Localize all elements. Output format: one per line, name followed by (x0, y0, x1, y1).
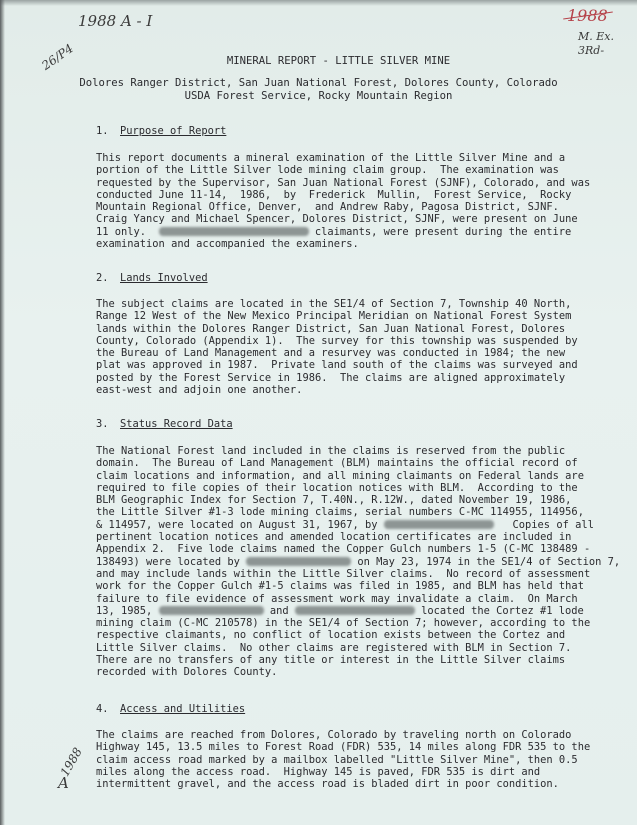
text-line: 11 only. claimants, were present during … (96, 226, 586, 238)
text-line: BLM Geographic Index for Section 7, T.40… (96, 494, 586, 506)
scan-edge-shadow-left (0, 0, 5, 825)
scan-edge-shadow-top (0, 0, 637, 6)
text-line: The National Forest land included in the… (96, 445, 586, 457)
text-line: claim access road marked by a mailbox la… (96, 754, 586, 766)
text-line: the Bureau of Land Management and a resu… (96, 347, 586, 359)
text-line: Range 12 West of the New Mexico Principa… (96, 310, 586, 322)
document-title: MINERAL REPORT - LITTLE SILVER MINE (20, 55, 637, 67)
text-line: east-west and adjoin one another. (96, 384, 586, 396)
text-line: The subject claims are located in the SE… (96, 298, 586, 310)
section-number: 3. (96, 418, 120, 430)
section-body-purpose: This report documents a mineral examinat… (96, 152, 586, 250)
text-line: claim locations and information, and all… (96, 470, 586, 482)
text-line: the Little Silver #1-3 lode mining claim… (96, 506, 586, 518)
text-line: respective claimants, no conflict of loc… (96, 629, 586, 641)
handwritten-note-top-right-1: M. Ex. (578, 30, 614, 43)
text-line: intermittent gravel, and the access road… (96, 778, 586, 790)
section-title: Lands Involved (120, 272, 208, 284)
handwritten-red-year: 1988 (567, 6, 608, 25)
redacted-name (159, 606, 264, 615)
text-line: examination and accompanied the examiner… (96, 238, 586, 250)
handwritten-margin-letter: A (58, 774, 69, 792)
text-line: & 114957, were located on August 31, 196… (96, 519, 586, 531)
text-line: pertinent location notices and amended l… (96, 531, 586, 543)
document-subtitle-line-1: Dolores Ranger District, San Juan Nation… (0, 77, 637, 89)
text-line: portion of the Little Silver lode mining… (96, 164, 586, 176)
text-line: domain. The Bureau of Land Management (B… (96, 457, 586, 469)
text-line: There are no transfers of any title or i… (96, 654, 586, 666)
text-line: Appendix 2. Five lode claims named the C… (96, 543, 586, 555)
section-number: 1. (96, 125, 120, 137)
redacted-name (384, 520, 494, 529)
section-number: 4. (96, 703, 120, 715)
section-title: Access and Utilities (120, 703, 245, 715)
redacted-name (159, 227, 309, 236)
text-line: requested by the Supervisor, San Juan Na… (96, 177, 586, 189)
text-line: required to file copies of their locatio… (96, 482, 586, 494)
section-heading-purpose: 1.Purpose of Report (96, 125, 226, 137)
section-body-access: The claims are reached from Dolores, Col… (96, 729, 586, 790)
section-heading-access: 4.Access and Utilities (96, 703, 245, 715)
section-heading-status: 3.Status Record Data (96, 418, 233, 430)
redacted-name (246, 557, 351, 566)
section-number: 2. (96, 272, 120, 284)
section-title: Status Record Data (120, 418, 233, 430)
text-line: This report documents a mineral examinat… (96, 152, 586, 164)
text-line: conducted June 11-14, 1986, by Frederick… (96, 189, 586, 201)
text-line: 13, 1985, and located the Cortez #1 lode (96, 605, 586, 617)
text-line: The claims are reached from Dolores, Col… (96, 729, 586, 741)
text-line: miles along the access road. Highway 145… (96, 766, 586, 778)
text-line: plat was approved in 1987. Private land … (96, 359, 586, 371)
section-body-lands: The subject claims are located in the SE… (96, 298, 586, 396)
text-line: work for the Copper Gulch #1-5 claims wa… (96, 580, 586, 592)
text-line: recorded with Dolores County. (96, 666, 586, 678)
scanned-document-page: 1988 A - I 26/P4 1988 M. Ex. 3Rd- 1988 A… (0, 0, 637, 825)
text-line: Little Silver claims. No other claims ar… (96, 642, 586, 654)
document-subtitle-line-2: USDA Forest Service, Rocky Mountain Regi… (0, 90, 637, 102)
text-line: Mountain Regional Office, Denver, and An… (96, 201, 586, 213)
text-line: failure to file evidence of assessment w… (96, 593, 586, 605)
section-body-status: The National Forest land included in the… (96, 445, 586, 679)
text-line: and may include lands within the Little … (96, 568, 586, 580)
text-line: mining claim (C-MC 210578) in the SE1/4 … (96, 617, 586, 629)
text-line: Highway 145, 13.5 miles to Forest Road (… (96, 741, 586, 753)
text-line: lands within the Dolores Ranger District… (96, 323, 586, 335)
text-line: Craig Yancy and Michael Spencer, Dolores… (96, 213, 586, 225)
section-heading-lands: 2.Lands Involved (96, 272, 208, 284)
text-line: 138493) were located by on May 23, 1974 … (96, 556, 586, 568)
text-line: posted by the Forest Service in 1986. Th… (96, 372, 586, 384)
handwritten-note-top-left: 1988 A - I (78, 12, 152, 30)
section-title: Purpose of Report (120, 125, 226, 137)
text-line: County, Colorado (Appendix 1). The surve… (96, 335, 586, 347)
redacted-name (295, 606, 415, 615)
